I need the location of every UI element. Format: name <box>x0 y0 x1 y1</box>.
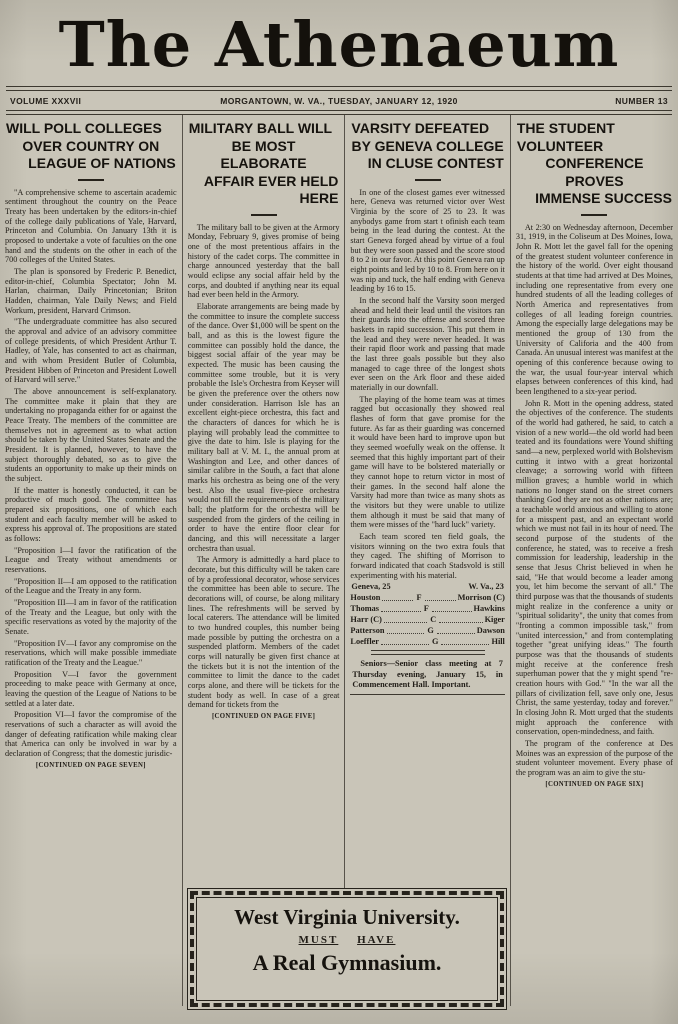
dotted-leader <box>384 622 427 623</box>
lineup-row: Harr (C) C Kiger <box>350 614 504 625</box>
continued-note: [CONTINUED ON PAGE SIX] <box>516 781 673 788</box>
headline-line: MILITARY BALL WILL <box>189 120 339 138</box>
masthead: The Athenaeum VOLUME XXXVII MORGANTOWN, … <box>0 0 678 115</box>
continued-note: [CONTINUED ON PAGE SEVEN] <box>5 762 177 769</box>
headline-line: CONFERENCE PROVES <box>517 155 672 190</box>
paragraph: Proposition VI—I favor the compromise of… <box>5 710 177 758</box>
headline: WILL POLL COLLEGESOVER COUNTRY ONLEAGUE … <box>5 117 177 173</box>
ad-border-outer: West Virginia University. MUST HAVE A Re… <box>187 888 507 1010</box>
dotted-leader <box>441 644 489 645</box>
paragraph: "Proposition III—I am in favor of the ra… <box>5 598 177 637</box>
away-player: Hill <box>491 636 504 647</box>
position: F <box>415 592 422 603</box>
dotted-leader <box>437 633 475 634</box>
newspaper-page: The Athenaeum VOLUME XXXVII MORGANTOWN, … <box>0 0 678 1024</box>
position: G <box>426 625 434 636</box>
columns: WILL POLL COLLEGESOVER COUNTRY ONLEAGUE … <box>0 115 678 1006</box>
away-player: Hawkins <box>474 603 505 614</box>
dotted-leader <box>381 644 429 645</box>
headline-line: BE MOST ELABORATE <box>189 138 339 173</box>
paragraph: Elaborate arrangements are being made by… <box>188 302 340 553</box>
lineup-row: Patterson G Dawson <box>350 625 504 636</box>
headline-line: THE STUDENT VOLUNTEER <box>517 120 672 155</box>
paragraph: The program of the conference at Des Moi… <box>516 739 673 778</box>
article-body: "A comprehensive scheme to ascertain aca… <box>5 188 177 759</box>
headline-line: VARSITY DEFEATED <box>351 120 503 138</box>
headline-line: BY GENEVA COLLEGE <box>351 138 503 156</box>
headline-line: IN CLUSE CONTEST <box>351 155 503 173</box>
article-varsity-defeated: VARSITY DEFEATEDBY GENEVA COLLEGEIN CLUS… <box>344 115 509 1006</box>
headline: VARSITY DEFEATEDBY GENEVA COLLEGEIN CLUS… <box>350 117 504 173</box>
ad-border-cross-pattern: West Virginia University. MUST HAVE A Re… <box>190 891 504 1007</box>
headline: THE STUDENT VOLUNTEERCONFERENCE PROVESIM… <box>516 117 673 208</box>
dotted-leader <box>382 600 413 601</box>
headline-line: OVER COUNTRY ON <box>6 138 176 156</box>
lineup-table: Geneva, 25 W. Va., 23 Houston F Morrison… <box>350 582 504 647</box>
article-military-ball: MILITARY BALL WILLBE MOST ELABORATEAFFAI… <box>182 115 345 1006</box>
away-player: Morrison (C) <box>458 592 505 603</box>
headline-line: IMMENSE SUCCESS <box>517 190 672 208</box>
notice-rule <box>371 650 485 655</box>
headline-rule <box>78 179 104 181</box>
headline-rule <box>581 214 607 216</box>
headline: MILITARY BALL WILLBE MOST ELABORATEAFFAI… <box>188 117 340 208</box>
headline-rule <box>415 179 441 181</box>
dotted-leader <box>387 633 425 634</box>
dateline-row: VOLUME XXXVII MORGANTOWN, W. VA., TUESDA… <box>0 91 678 110</box>
away-player: Dawson <box>477 625 505 636</box>
paragraph: Each team scored ten field goals, the vi… <box>350 532 504 580</box>
paragraph: In one of the closest games ever witness… <box>350 188 504 294</box>
position: C <box>429 614 437 625</box>
paragraph: In the second half the Varsity soon merg… <box>350 296 504 393</box>
paragraph: John R. Mott in the opening address, sta… <box>516 399 673 738</box>
continued-note: [CONTINUED ON PAGE FIVE] <box>188 713 340 720</box>
ad-word-must: MUST <box>299 934 339 946</box>
home-player: Patterson <box>350 625 384 636</box>
newspaper-title: The Athenaeum <box>0 14 678 76</box>
volume-label: VOLUME XXXVII <box>10 96 155 106</box>
article-body: In one of the closest games ever witness… <box>350 188 504 581</box>
position: F <box>423 603 430 614</box>
article-body: At 2:30 on Wednesday afternoon, December… <box>516 223 673 778</box>
article-body: The military ball to be given at the Arm… <box>188 223 340 711</box>
dateline: MORGANTOWN, W. VA., TUESDAY, JANUARY 12,… <box>155 96 524 106</box>
article-student-volunteer: THE STUDENT VOLUNTEERCONFERENCE PROVESIM… <box>510 115 678 1006</box>
lineup-header: Geneva, 25 W. Va., 23 <box>350 582 504 591</box>
paragraph: The military ball to be given at the Arm… <box>188 223 340 300</box>
lineup-row: Houston F Morrison (C) <box>350 592 504 603</box>
paragraph: The plan is sponsored by Frederic P. Ben… <box>5 267 177 315</box>
headline-line: LEAGUE OF NATIONS <box>6 155 176 173</box>
dotted-leader <box>439 622 482 623</box>
lineup-row: Thomas F Hawkins <box>350 603 504 614</box>
ad-word-have: HAVE <box>357 934 395 946</box>
paragraph: The playing of the home team was at time… <box>350 395 504 530</box>
dotted-leader <box>425 600 456 601</box>
dotted-leader <box>432 611 472 612</box>
article-will-poll-colleges: WILL POLL COLLEGESOVER COUNTRY ONLEAGUE … <box>0 115 182 1006</box>
paragraph: At 2:30 on Wednesday afternoon, December… <box>516 223 673 397</box>
dotted-leader <box>381 611 421 612</box>
home-player: Loeffler <box>350 636 379 647</box>
home-player: Harr (C) <box>350 614 381 625</box>
home-player: Houston <box>350 592 380 603</box>
headline-line: WILL POLL COLLEGES <box>6 120 176 138</box>
paragraph: "A comprehensive scheme to ascertain aca… <box>5 188 177 265</box>
away-team-score: W. Va., 23 <box>468 582 503 591</box>
gymnasium-ad: West Virginia University. MUST HAVE A Re… <box>187 888 507 1010</box>
paragraph: The Armory is admittedly a hard place to… <box>188 555 340 710</box>
number-label: NUMBER 13 <box>523 96 668 106</box>
headline-line: AFFAIR EVER HELD HERE <box>189 173 339 208</box>
paragraph: If the matter is honestly conducted, it … <box>5 486 177 544</box>
paragraph: "Proposition I—I favor the ratification … <box>5 546 177 575</box>
seniors-notice: Seniors—Senior class meeting at 7 Thursd… <box>350 658 504 695</box>
headline-rule <box>251 214 277 216</box>
ad-line-university: West Virginia University. <box>197 905 497 930</box>
paragraph: The above announcement is self-explanato… <box>5 387 177 484</box>
ad-line-gymnasium: A Real Gymnasium. <box>197 950 497 976</box>
away-player: Kiger <box>485 614 505 625</box>
paragraph: "Proposition IV—I favor any compromise o… <box>5 639 177 668</box>
home-player: Thomas <box>350 603 379 614</box>
ad-line-must-have: MUST HAVE <box>197 934 497 946</box>
ad-border-inner: West Virginia University. MUST HAVE A Re… <box>196 897 498 1001</box>
paragraph: "The undergraduate committee has also se… <box>5 317 177 385</box>
paragraph: "Proposition II—I am opposed to the rati… <box>5 577 177 596</box>
lineup-row: Loeffler G Hill <box>350 636 504 647</box>
paragraph: Proposition V—I favor the government pro… <box>5 670 177 709</box>
home-team-score: Geneva, 25 <box>351 582 390 591</box>
position: G <box>431 636 439 647</box>
